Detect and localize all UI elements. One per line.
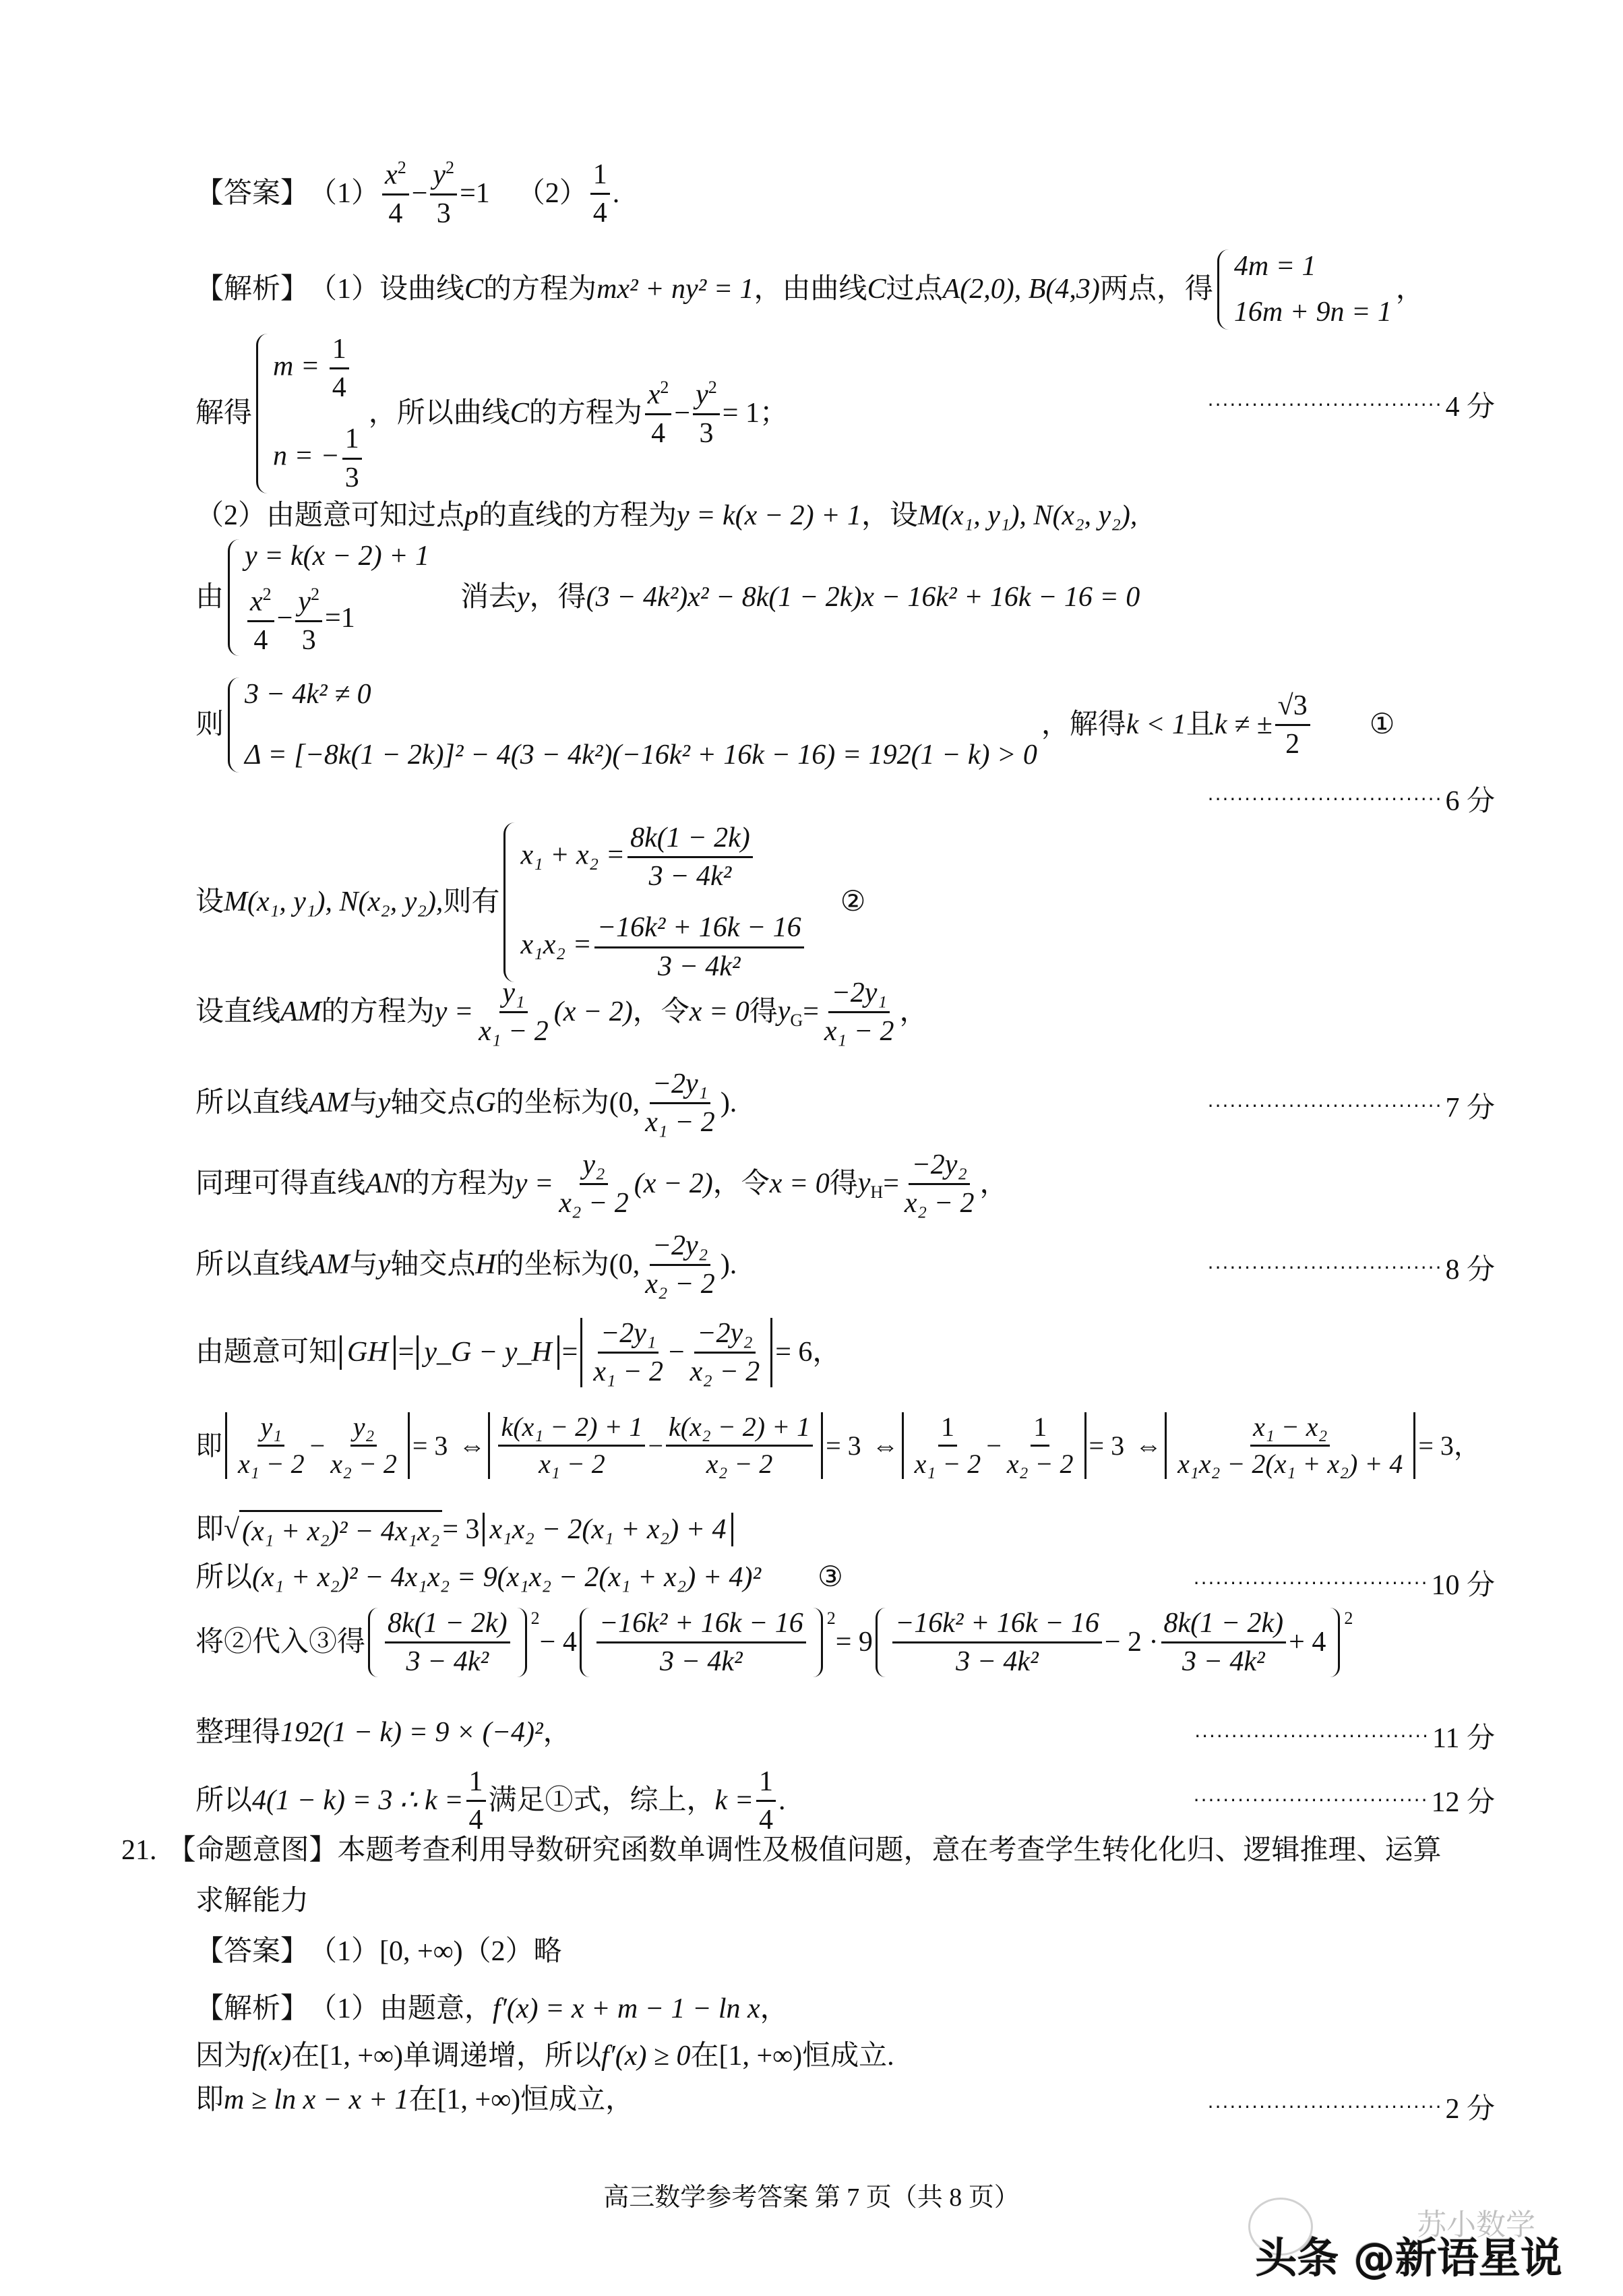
score-4: ································4 分 — [1208, 384, 1495, 425]
gh-length-line: 由题意可知 GH = y_G − y_H = −2y₁x₁ − 2 − −2y₂… — [195, 1318, 1488, 1387]
fraction: 14 — [590, 159, 610, 229]
score-7: ································7 分 — [1208, 1085, 1495, 1126]
score-6: ································6 分 — [1208, 779, 1495, 819]
line-am: 设直线 AM 的方程为 y = y₁x₁ − 2 (x − 2) ，令 x = … — [195, 977, 1488, 1047]
discriminant-line: 则 3 − 4k² ≠ 0 Δ = [−8k(1 − 2k)]² − 4(3 −… — [195, 677, 1488, 773]
marker-2: ② — [840, 885, 866, 919]
score-2: ································2 分 — [1208, 2086, 1495, 2127]
fraction: x24 — [382, 158, 409, 229]
answer-line: 【答案】 （1） x24 − y23 =1 （2） 14 . — [195, 158, 1488, 229]
part-1-label: （1） — [309, 177, 379, 210]
q21-intent-line: 21. 【命题意图】 本题考查利用导数研究函数单调性及极值问题，意在考查学生转化… — [121, 1834, 1488, 1867]
equivalence-chain: 即 y₁x₁ − 2 − y₂x₂ − 2 = 3⇔ k(x₁ − 2) + 1… — [195, 1412, 1488, 1479]
part2-line: （2）由题意可知过点 p 的直线的方程为 y = k(x − 2) + 1 ，设… — [195, 499, 1488, 533]
q21-monotonic-line: 因为 f(x) 在 [1, +∞) 单调递增，所以 f′(x) ≥ 0 在 [1… — [195, 2039, 1488, 2073]
vieta-line: 设 M(x₁, y₁), N(x₂, y₂), 则有 x₁ + x₂ =8k(1… — [195, 822, 1488, 982]
substitution-line: 将②代入③得 8k(1 − 2k)3 − 4k²2 − 4 −16k² + 16… — [195, 1608, 1488, 1677]
q21-intent-line-2: 求解能力 — [195, 1884, 1488, 1918]
answer-label: 【答案】 — [195, 1935, 309, 1968]
score-11: ································11 分 — [1194, 1716, 1495, 1756]
analysis-line-1: 【解析】 （1）设曲线 C 的方程为 mx² + ny² = 1 ，由曲线 C … — [195, 249, 1488, 330]
marker-1: ① — [1370, 708, 1395, 742]
wechat-icon — [1248, 2198, 1313, 2256]
intent-label: 【命题意图】 — [168, 1834, 338, 1867]
analysis-label: 【解析】 — [195, 1992, 309, 2026]
fraction: y23 — [430, 158, 457, 229]
equation-system: m = 14 n = −13 — [256, 334, 365, 493]
page-footer: 高三数学参考答案 第 7 页（共 8 页） — [0, 2176, 1623, 2213]
answer-label: 【答案】 — [195, 177, 309, 210]
question-number: 21. — [121, 1834, 157, 1867]
q21-answer-line: 【答案】 （1） [0, +∞) （2）略 — [195, 1935, 1488, 1968]
line-an: 同理可得直线 AN 的方程为 y = y₂x₂ − 2 (x − 2) ，令 x… — [195, 1149, 1488, 1219]
q21-analysis-line: 【解析】 （1）由题意， f′(x) = x + m − 1 − ln x ， — [195, 1992, 1488, 2026]
equation-system: 4m = 116m + 9n = 1 — [1217, 249, 1392, 330]
eliminate-line: 由 y = k(x − 2) + 1 x24−y23=1 消去 y ，得 (3 … — [195, 539, 1488, 656]
watermark-faint: 苏小数学 — [1417, 2200, 1535, 2243]
equation-rhs: =1 — [460, 177, 490, 210]
analysis-label: 【解析】 — [195, 272, 309, 306]
score-12: ································12 分 — [1194, 1780, 1495, 1820]
watermark: 苏小数学 头条 @新语星说 — [1255, 2225, 1562, 2285]
marker-3: ③ — [818, 1561, 843, 1594]
score-8: ································8 分 — [1208, 1247, 1495, 1288]
sqrt-line: 即 √(x₁ + x₂)² − 4x₁x₂ = 3 x₁x₂ − 2(x₁ + … — [195, 1510, 1488, 1548]
score-10: ································10 分 — [1194, 1563, 1495, 1603]
part-2-label: （2） — [517, 177, 588, 210]
